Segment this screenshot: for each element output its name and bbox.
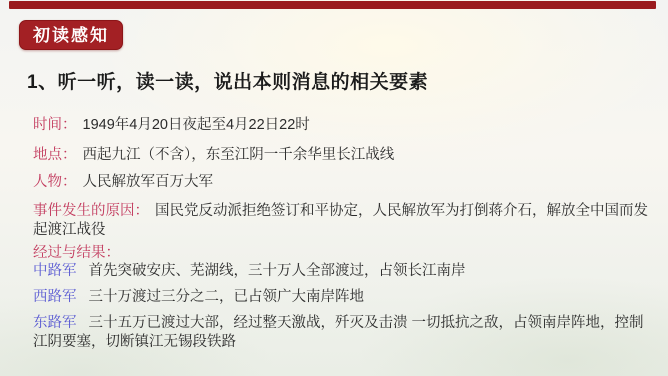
fact-value: 三十万渡过三分之二，已占领广大南岸阵地 xyxy=(89,289,365,305)
fact-row-process-result: 经过与结果： xyxy=(33,245,657,262)
fact-row-cause: 事件发生的原因：国民党反动派拒绝签订和平协定，人民解放军为打倒蒋介石，解放全中国… xyxy=(33,202,657,240)
slide-canvas: { "slide": { "badge": "初读感知", "heading":… xyxy=(0,0,668,376)
fact-label: 经过与结果： xyxy=(33,245,120,261)
route-label: 东路军 xyxy=(33,315,77,331)
facts-list: 时间：1949年4月20日夜起至4月22日22时 地点：西起九江（不含），东至江… xyxy=(33,116,657,352)
fact-label: 地点： xyxy=(33,147,77,163)
fact-row-place: 地点：西起九江（不含），东至江阴一千余华里长江战线 xyxy=(33,146,657,165)
fact-row-east-army: 东路军三十五万已渡过大部，经过整天激战，歼灭及击溃 一切抵抗之敌，占领南岸阵地，… xyxy=(33,314,657,352)
fact-value: 西起九江（不含），东至江阴一千余华里长江战线 xyxy=(83,147,395,163)
fact-value: 1949年4月20日夜起至4月22日22时 xyxy=(83,117,310,133)
fact-label: 事件发生的原因： xyxy=(33,203,149,219)
fact-row-time: 时间：1949年4月20日夜起至4月22日22时 xyxy=(33,116,657,135)
route-label: 中路军 xyxy=(33,263,77,279)
top-accent-bar xyxy=(9,1,656,9)
fact-label: 时间： xyxy=(33,117,77,133)
slide-title: 1、听一听，读一读，说出本则消息的相关要素 xyxy=(27,70,428,96)
fact-value: 人民解放军百万大军 xyxy=(83,174,214,190)
fact-value: 首先突破安庆、芜湖线，三十万人全部渡过，占领长江南岸 xyxy=(89,263,466,279)
fact-value: 三十五万已渡过大部，经过整天激战，歼灭及击溃 一切抵抗之敌，占领南岸阵地，控制江… xyxy=(33,315,644,350)
fact-row-people: 人物：人民解放军百万大军 xyxy=(33,173,657,192)
fact-row-middle-army: 中路军首先突破安庆、芜湖线，三十万人全部渡过，占领长江南岸 xyxy=(33,262,657,281)
section-badge: 初读感知 xyxy=(19,20,123,50)
fact-label: 人物： xyxy=(33,174,77,190)
route-label: 西路军 xyxy=(33,289,77,305)
fact-row-west-army: 西路军三十万渡过三分之二，已占领广大南岸阵地 xyxy=(33,288,657,307)
